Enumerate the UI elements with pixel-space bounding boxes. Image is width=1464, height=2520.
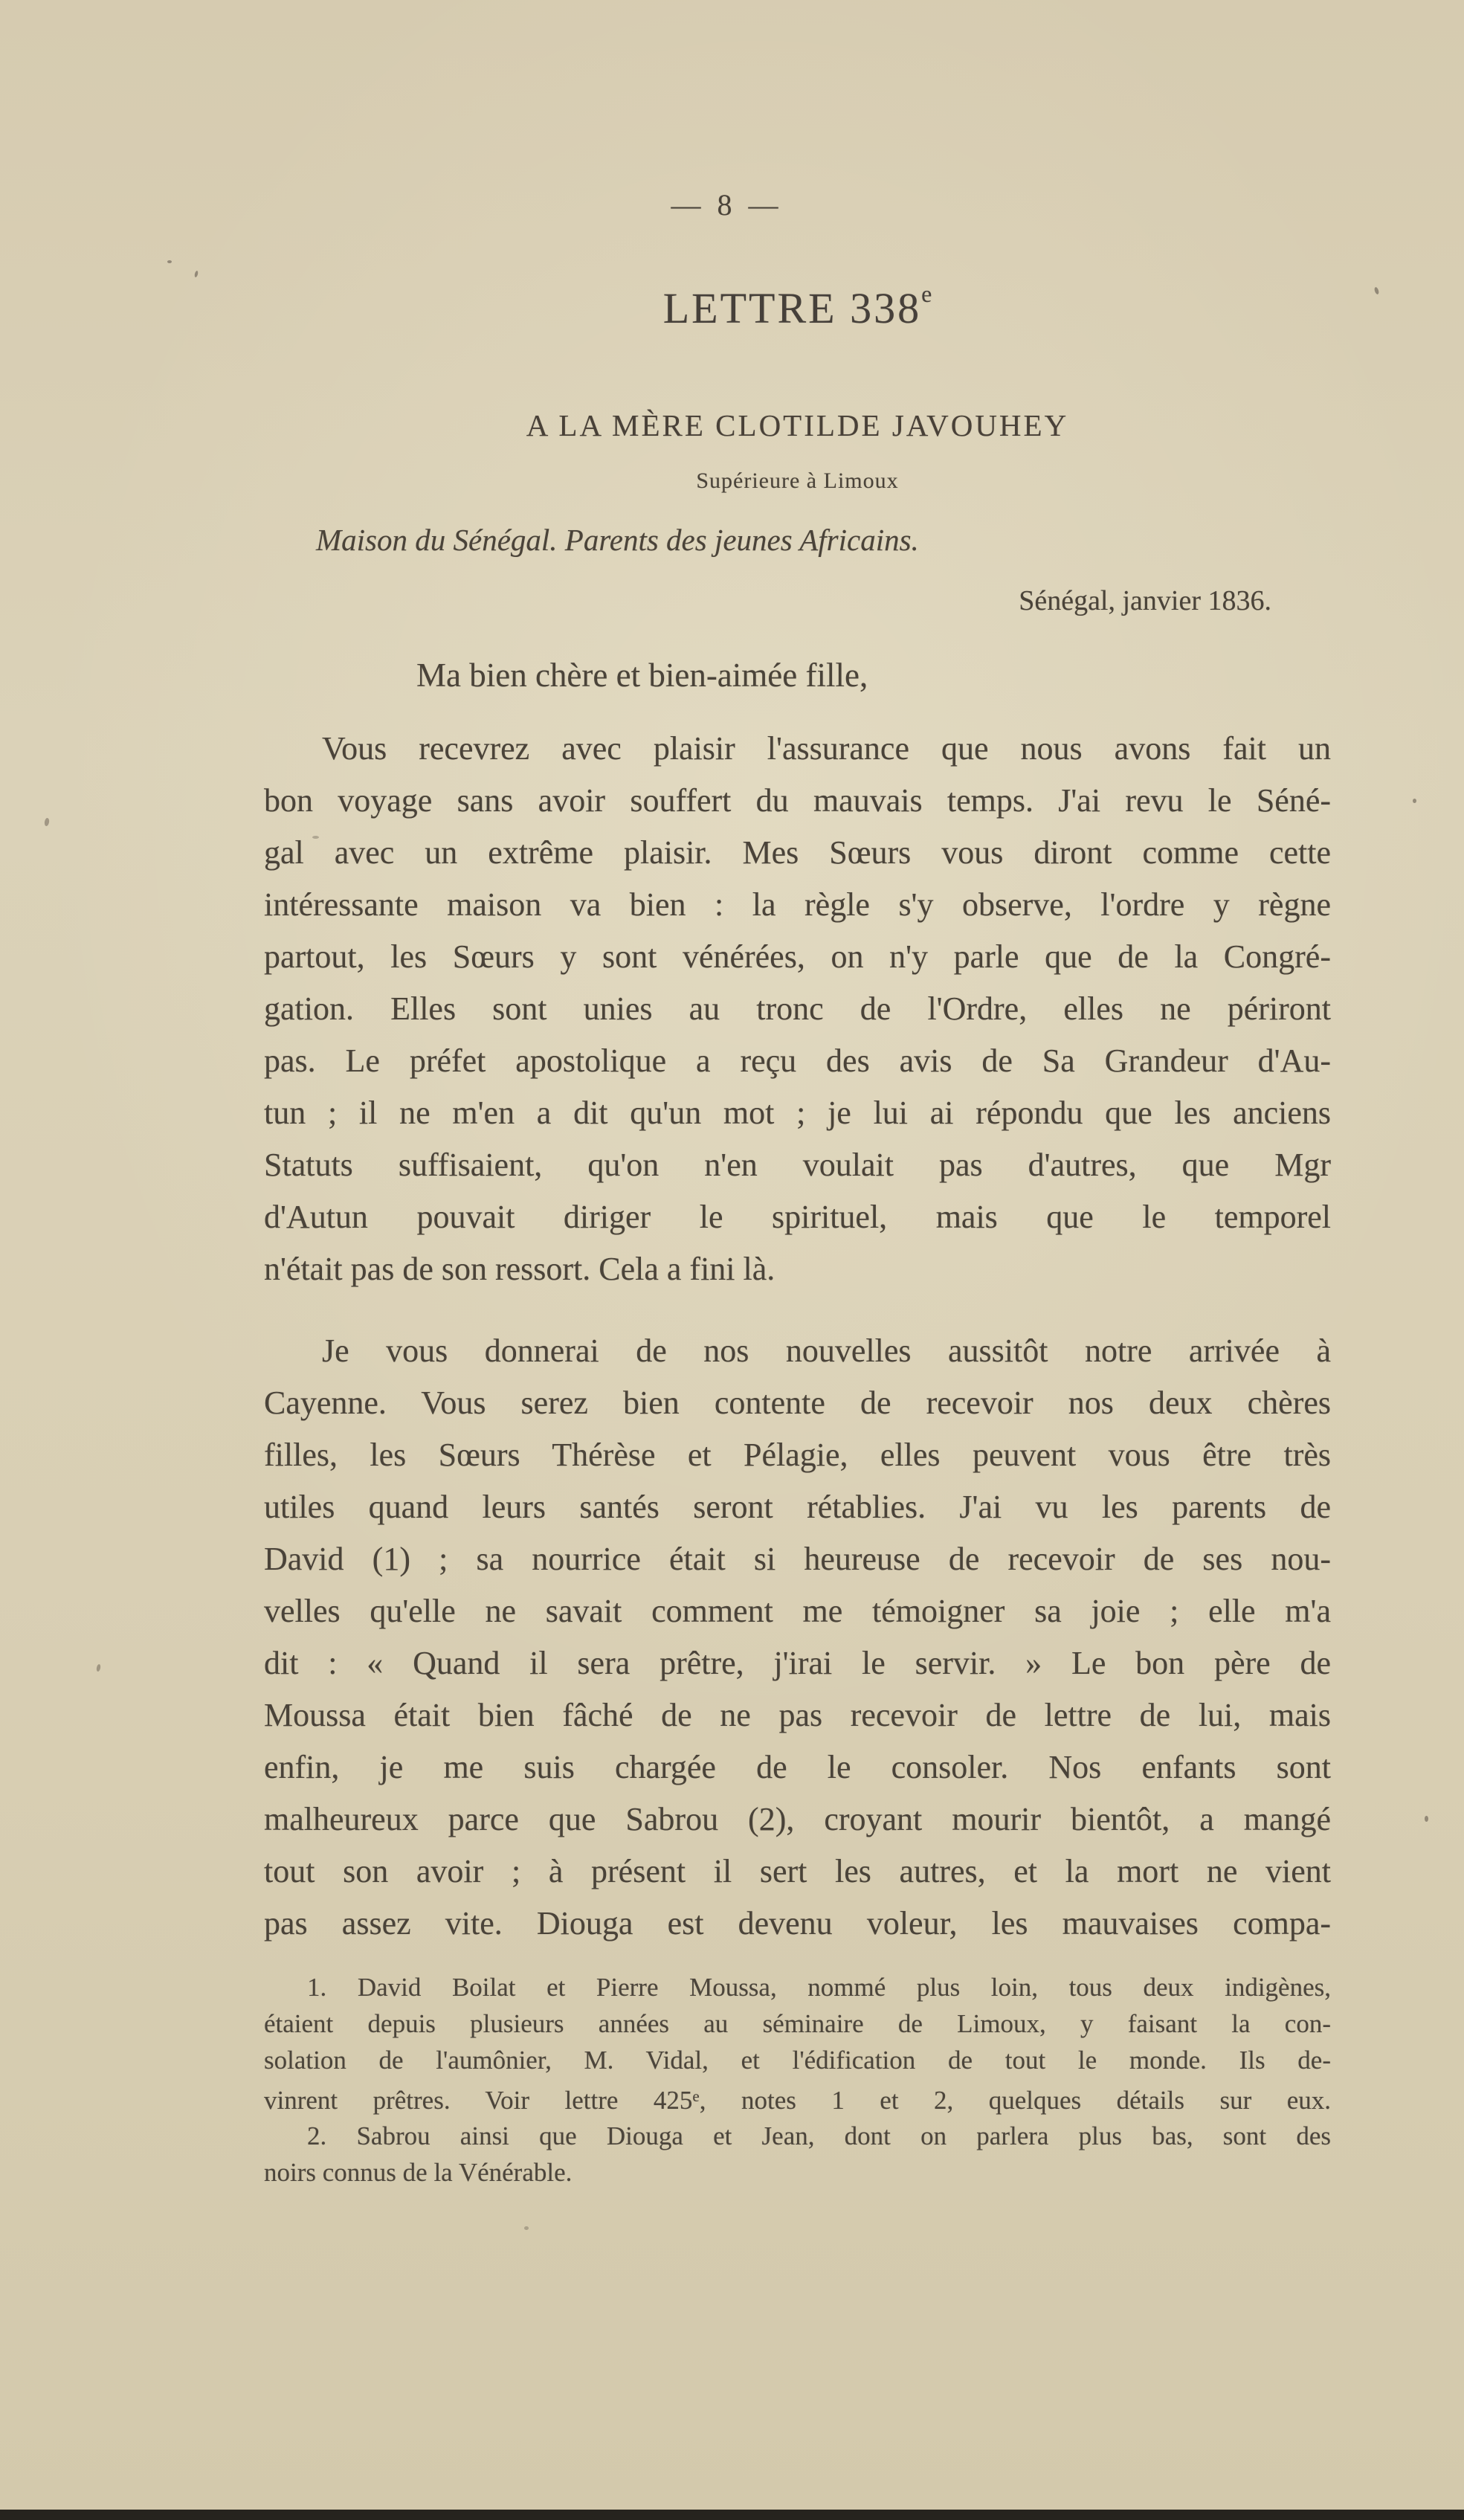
body-line: intéressante maison va bien : la règle s… xyxy=(264,879,1331,931)
footnote-line: 1. David Boilat et Pierre Moussa, nommé … xyxy=(264,1969,1331,2005)
body-line: malheureux parce que Sabrou (2), croyant… xyxy=(264,1794,1331,1846)
footnote-line: solation de l'aumônier, M. Vidal, et l'é… xyxy=(264,2042,1331,2078)
scan-speck xyxy=(96,1664,101,1672)
body-line: tout son avoir ; à présent il sert les a… xyxy=(264,1846,1331,1898)
letter-dateline: Sénégal, janvier 1836. xyxy=(264,584,1271,617)
body-line: tun ; il ne m'en a dit qu'un mot ; je lu… xyxy=(264,1087,1331,1139)
body-line: Statuts suffisaient, qu'on n'en voulait … xyxy=(264,1139,1331,1191)
body-line: Cayenne. Vous serez bien contente de rec… xyxy=(264,1377,1331,1429)
scan-speck xyxy=(1374,286,1380,294)
scan-speck xyxy=(1413,799,1416,803)
body-line: pas assez vite. Diouga est devenu voleur… xyxy=(264,1898,1331,1950)
scan-speck xyxy=(312,836,319,839)
body-line: d'Autun pouvait diriger le spirituel, ma… xyxy=(264,1191,1331,1243)
scan-speck xyxy=(524,2226,529,2230)
footnote-line: noirs connus de la Vénérable. xyxy=(264,2154,1331,2191)
body-line: bon voyage sans avoir souffert du mauvai… xyxy=(264,775,1331,827)
addressee-heading: A LA MÈRE CLOTILDE JAVOUHEY xyxy=(264,407,1331,443)
letter-title: LETTRE 338e xyxy=(264,281,1331,333)
addressee-role: Supérieure à Limoux xyxy=(264,468,1331,494)
body-line: utiles quand leurs santés seront rétabli… xyxy=(264,1481,1331,1533)
footnote-1: 1. David Boilat et Pierre Moussa, nommé … xyxy=(264,1969,1331,2115)
page-number: — 8 — xyxy=(193,187,1260,222)
body-line: gal avec un extrême plaisir. Mes Sœurs v… xyxy=(264,827,1331,879)
footnote-line-text: vinrent prêtres. Voir lettre 425 xyxy=(264,2086,692,2115)
body-line: Moussa était bien fâché de ne pas recevo… xyxy=(264,1689,1331,1741)
scan-speck xyxy=(194,271,199,278)
body-line: Vous recevrez avec plaisir l'assurance q… xyxy=(264,723,1331,775)
body-line: filles, les Sœurs Thérèse et Pélagie, el… xyxy=(264,1429,1331,1481)
letter-title-text: LETTRE 338 xyxy=(663,284,921,332)
footnote-ordinal: e xyxy=(692,2087,699,2105)
body-line: dit : « Quand il sera prêtre, j'irai le … xyxy=(264,1637,1331,1689)
footnote-2: 2. Sabrou ainsi que Diouga et Jean, dont… xyxy=(264,2118,1331,2191)
footnote-line: vinrent prêtres. Voir lettre 425e, notes… xyxy=(264,2078,1331,2115)
scan-speck xyxy=(1425,1816,1428,1822)
letter-paragraph-2: Je vous donnerai de nos nouvelles aussit… xyxy=(264,1325,1331,1950)
letter-salutation: Ma bien chère et bien-aimée fille, xyxy=(264,656,1331,695)
body-line: Je vous donnerai de nos nouvelles aussit… xyxy=(264,1325,1331,1377)
letter-paragraph-1: Vous recevrez avec plaisir l'assurance q… xyxy=(264,723,1331,1295)
body-line: partout, les Sœurs y sont vénérées, on n… xyxy=(264,931,1331,983)
body-line: enfin, je me suis chargée de le consoler… xyxy=(264,1741,1331,1794)
body-line: velles qu'elle ne savait comment me témo… xyxy=(264,1585,1331,1637)
footnote-line-text: , notes 1 et 2, quelques détails sur eux… xyxy=(700,2086,1331,2115)
footnote-line: étaient depuis plusieurs années au sémin… xyxy=(264,2005,1331,2042)
scan-speck xyxy=(167,260,172,263)
body-line: n'était pas de son ressort. Cela a fini … xyxy=(264,1243,1331,1295)
scan-edge-band xyxy=(0,2510,1464,2520)
scan-speck xyxy=(44,818,50,827)
footnote-line: 2. Sabrou ainsi que Diouga et Jean, dont… xyxy=(264,2118,1331,2154)
body-line: gation. Elles sont unies au tronc de l'O… xyxy=(264,983,1331,1035)
body-line: pas. Le préfet apostolique a reçu des av… xyxy=(264,1035,1331,1087)
book-page-scan: — 8 — LETTRE 338e A LA MÈRE CLOTILDE JAV… xyxy=(0,0,1464,2520)
body-line: David (1) ; sa nourrice était si heureus… xyxy=(264,1533,1331,1585)
letter-subject: Maison du Sénégal. Parents des jeunes Af… xyxy=(264,522,1331,558)
letter-title-ordinal: e xyxy=(921,281,932,307)
